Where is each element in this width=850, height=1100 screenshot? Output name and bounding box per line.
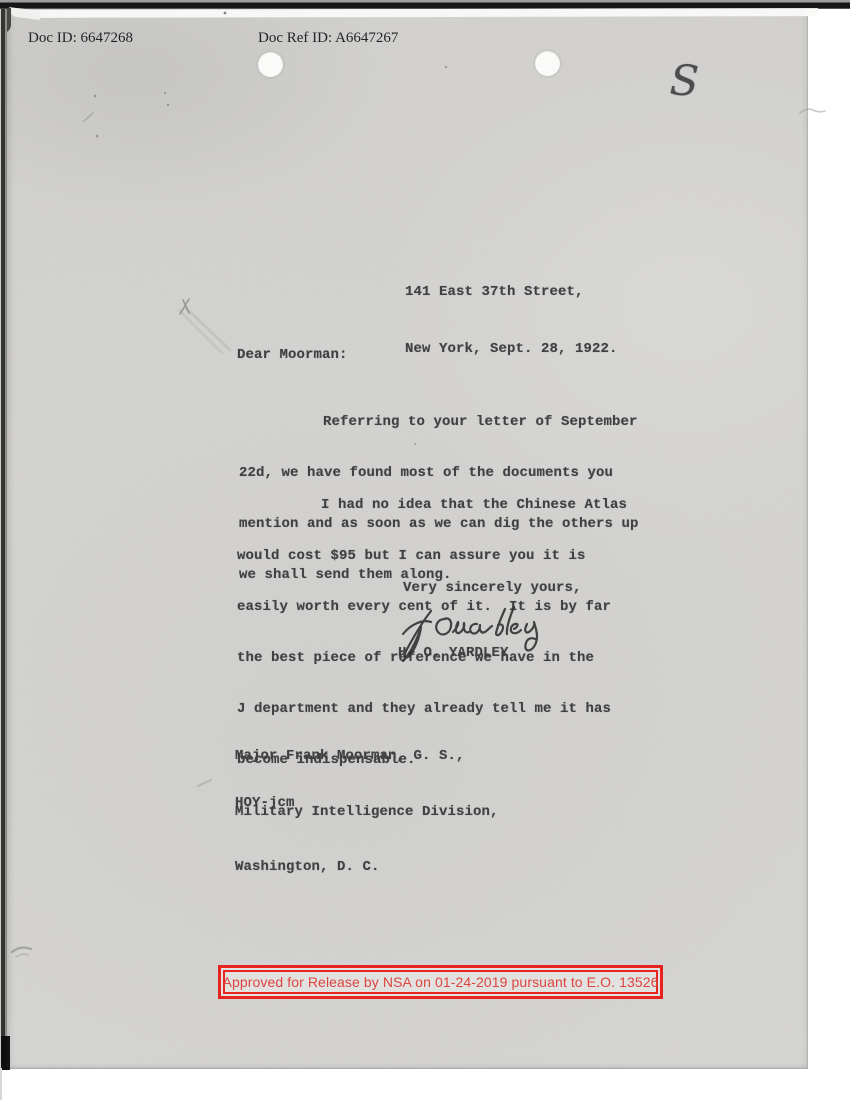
address-line: 141 East 37th Street,: [405, 283, 618, 302]
paragraph-line: easily worth every cent of it. It is by …: [237, 599, 627, 616]
doc-ref-id-label: Doc Ref ID: A6647267: [258, 30, 398, 47]
handwritten-s-mark: S: [669, 59, 700, 102]
scanner-edge-left-tail: [0, 1068, 2, 1100]
release-stamp: Approved for Release by NSA on 01-24-201…: [218, 965, 663, 999]
sender-address: 141 East 37th Street, New York, Sept. 28…: [405, 245, 618, 397]
scanner-edge-left: [0, 9, 7, 1068]
recipient-line: Major Frank Moorman, G. S.,: [235, 747, 499, 766]
scanned-document: Doc ID: 6647268 Doc Ref ID: A6647267 S 1…: [0, 0, 850, 1100]
release-stamp-text: Approved for Release by NSA on 01-24-201…: [223, 974, 659, 990]
scanner-edge-left-bottom: [1, 1036, 10, 1070]
paragraph-line: I had no idea that the Chinese Atlas: [237, 497, 627, 514]
page-top-edge-highlight: [30, 8, 818, 18]
release-stamp-inner-border: Approved for Release by NSA on 01-24-201…: [223, 970, 658, 994]
salutation: Dear Moorman:: [237, 347, 348, 364]
paragraph-line: would cost $95 but I can assure you it i…: [237, 548, 627, 565]
hole-punch-right: [535, 51, 560, 76]
paragraph-line: Referring to your letter of September: [239, 414, 639, 431]
typist-initials: HOY-jcm: [235, 795, 295, 812]
address-line: New York, Sept. 28, 1922.: [405, 340, 618, 359]
typed-signature: H. O. YARDLEY: [398, 645, 509, 662]
closing-line: Very sincerely yours,: [403, 580, 582, 597]
hole-punch-left: [258, 52, 283, 77]
doc-id-label: Doc ID: 6647268: [28, 30, 133, 47]
recipient-line: Washington, D. C.: [235, 858, 499, 877]
